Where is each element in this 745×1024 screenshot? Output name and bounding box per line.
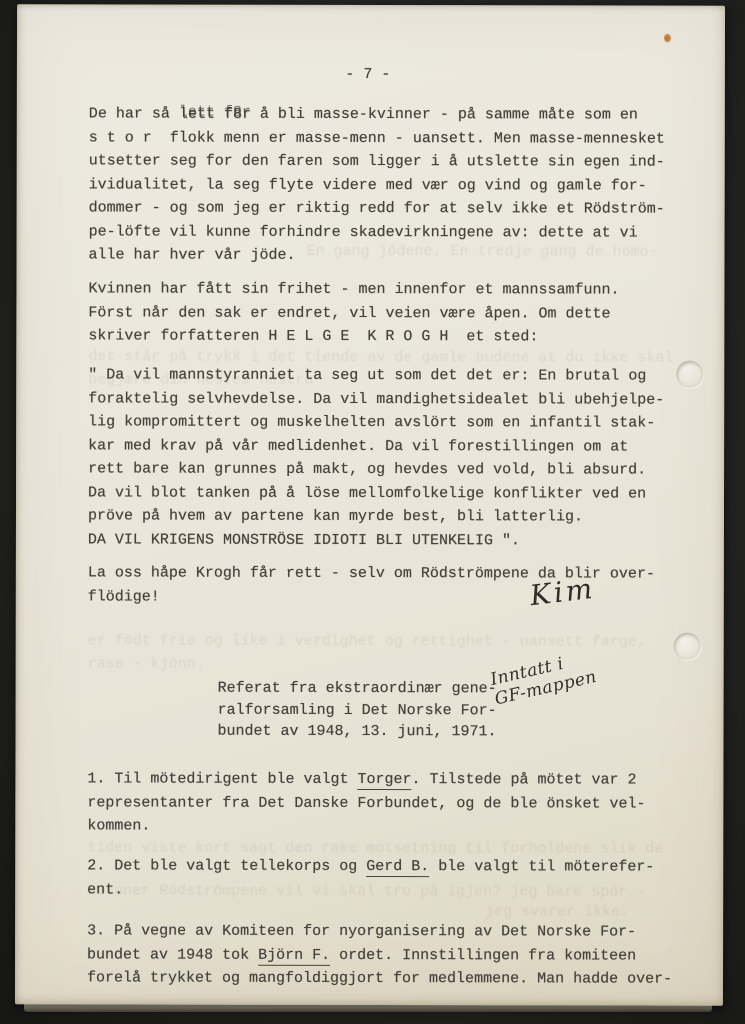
text-line: s t o r flokk menn er masse-menn - uanse… <box>89 126 665 151</box>
text-line: representanter fra Det Danske Forbundet,… <box>87 791 645 816</box>
paragraph-masse-kvinner: De har så lett f8r å bli masse-kvinner -… <box>88 102 664 268</box>
text-line: skriver forfatteren H E L G E K R O G H … <box>88 324 619 349</box>
bleed-through-text: er födt frie og like i verdighet og rett… <box>88 632 646 650</box>
text-line: ralforsamling i Det Norske For- <box>218 699 497 721</box>
text-line: Kvinnen har fått sin frihet - men innenf… <box>88 277 619 302</box>
referat-heading: Referat fra ekstraordinær gene-ralforsam… <box>218 678 497 743</box>
page-number: - 7 - <box>89 65 647 83</box>
text-line: 1. Til mötedirigent ble valgt Torger. Ti… <box>87 767 645 792</box>
text-line: kar med krav på vår medlidenhet. Da vil … <box>88 434 664 459</box>
bleed-through-text: jeg svarer ikke. <box>485 903 629 920</box>
text-line: De har så lett f8r å bli masse-kvinner -… <box>89 102 665 127</box>
text-line: alle har hver vår jöde. <box>88 243 664 268</box>
text-line: pe-löfte vil kunne forhindre skadevirkni… <box>89 220 665 245</box>
text-line: 3. På vegne av Komiteen for nyorganiseri… <box>87 919 672 944</box>
text-line: utsetter seg for den faren som ligger i … <box>89 149 665 174</box>
hole-punch-bottom <box>674 633 701 660</box>
text-line: Först når den sak er endret, vil veien v… <box>88 301 619 326</box>
rust-spot <box>664 34 671 43</box>
text-line: foraktelig selvhevdelse. Da vil mandighe… <box>88 387 664 412</box>
hole-punch-top <box>676 361 703 388</box>
text-line: " Da vil mannstyranniet ta seg ut som de… <box>88 363 664 388</box>
agenda-item-2: 2. Det ble valgt tellekorps og Gerd B. b… <box>87 854 654 902</box>
text-line: forelå trykket og mangfoldiggjort for me… <box>87 966 672 991</box>
text-line: bundet av 1948, 13. juni, 1971. <box>218 721 497 743</box>
bleed-through-text: rase - kjönn. <box>88 655 205 672</box>
handwritten-note: Inntatt i GF-mappen <box>488 647 598 709</box>
text-line: ent. <box>87 878 654 903</box>
paragraph-kvinnen-frihet: Kvinnen har fått sin frihet - men innenf… <box>88 277 619 349</box>
text-line: pröve på hvem av partene kan myrde best,… <box>88 504 664 529</box>
text-line: ividualitet, la seg flyte videre med vær… <box>89 173 665 198</box>
text-line: DA VIL KRIGENS MONSTRÖSE IDIOTI BLI UTEN… <box>88 528 664 553</box>
text-line: lig kompromittert og muskelhelten avslör… <box>88 410 664 435</box>
text-line: rett bare kan grunnes på makt, og hevdes… <box>88 457 664 482</box>
text-line: Referat fra ekstraordinær gene- <box>218 678 497 700</box>
text-line: dommer - og som jeg er riktig redd for a… <box>89 196 665 221</box>
text-line: 2. Det ble valgt tellekorps og Gerd B. b… <box>87 854 654 879</box>
document-page: En gang jödene. En tredje gang de homo-d… <box>15 4 725 1005</box>
text-line: kommen. <box>87 814 645 839</box>
quote-helge-krogh: " Da vil mannstyranniet ta seg ut som de… <box>88 363 664 552</box>
agenda-item-3: 3. På vegne av Komiteen for nyorganiseri… <box>87 919 672 991</box>
text-line: Da vil blot tanken på å löse mellomfolke… <box>88 481 664 506</box>
text-line: bundet av 1948 tok Björn F. ordet. Innst… <box>87 943 672 968</box>
agenda-item-1: 1. Til mötedirigent ble valgt Torger. Ti… <box>87 767 645 839</box>
